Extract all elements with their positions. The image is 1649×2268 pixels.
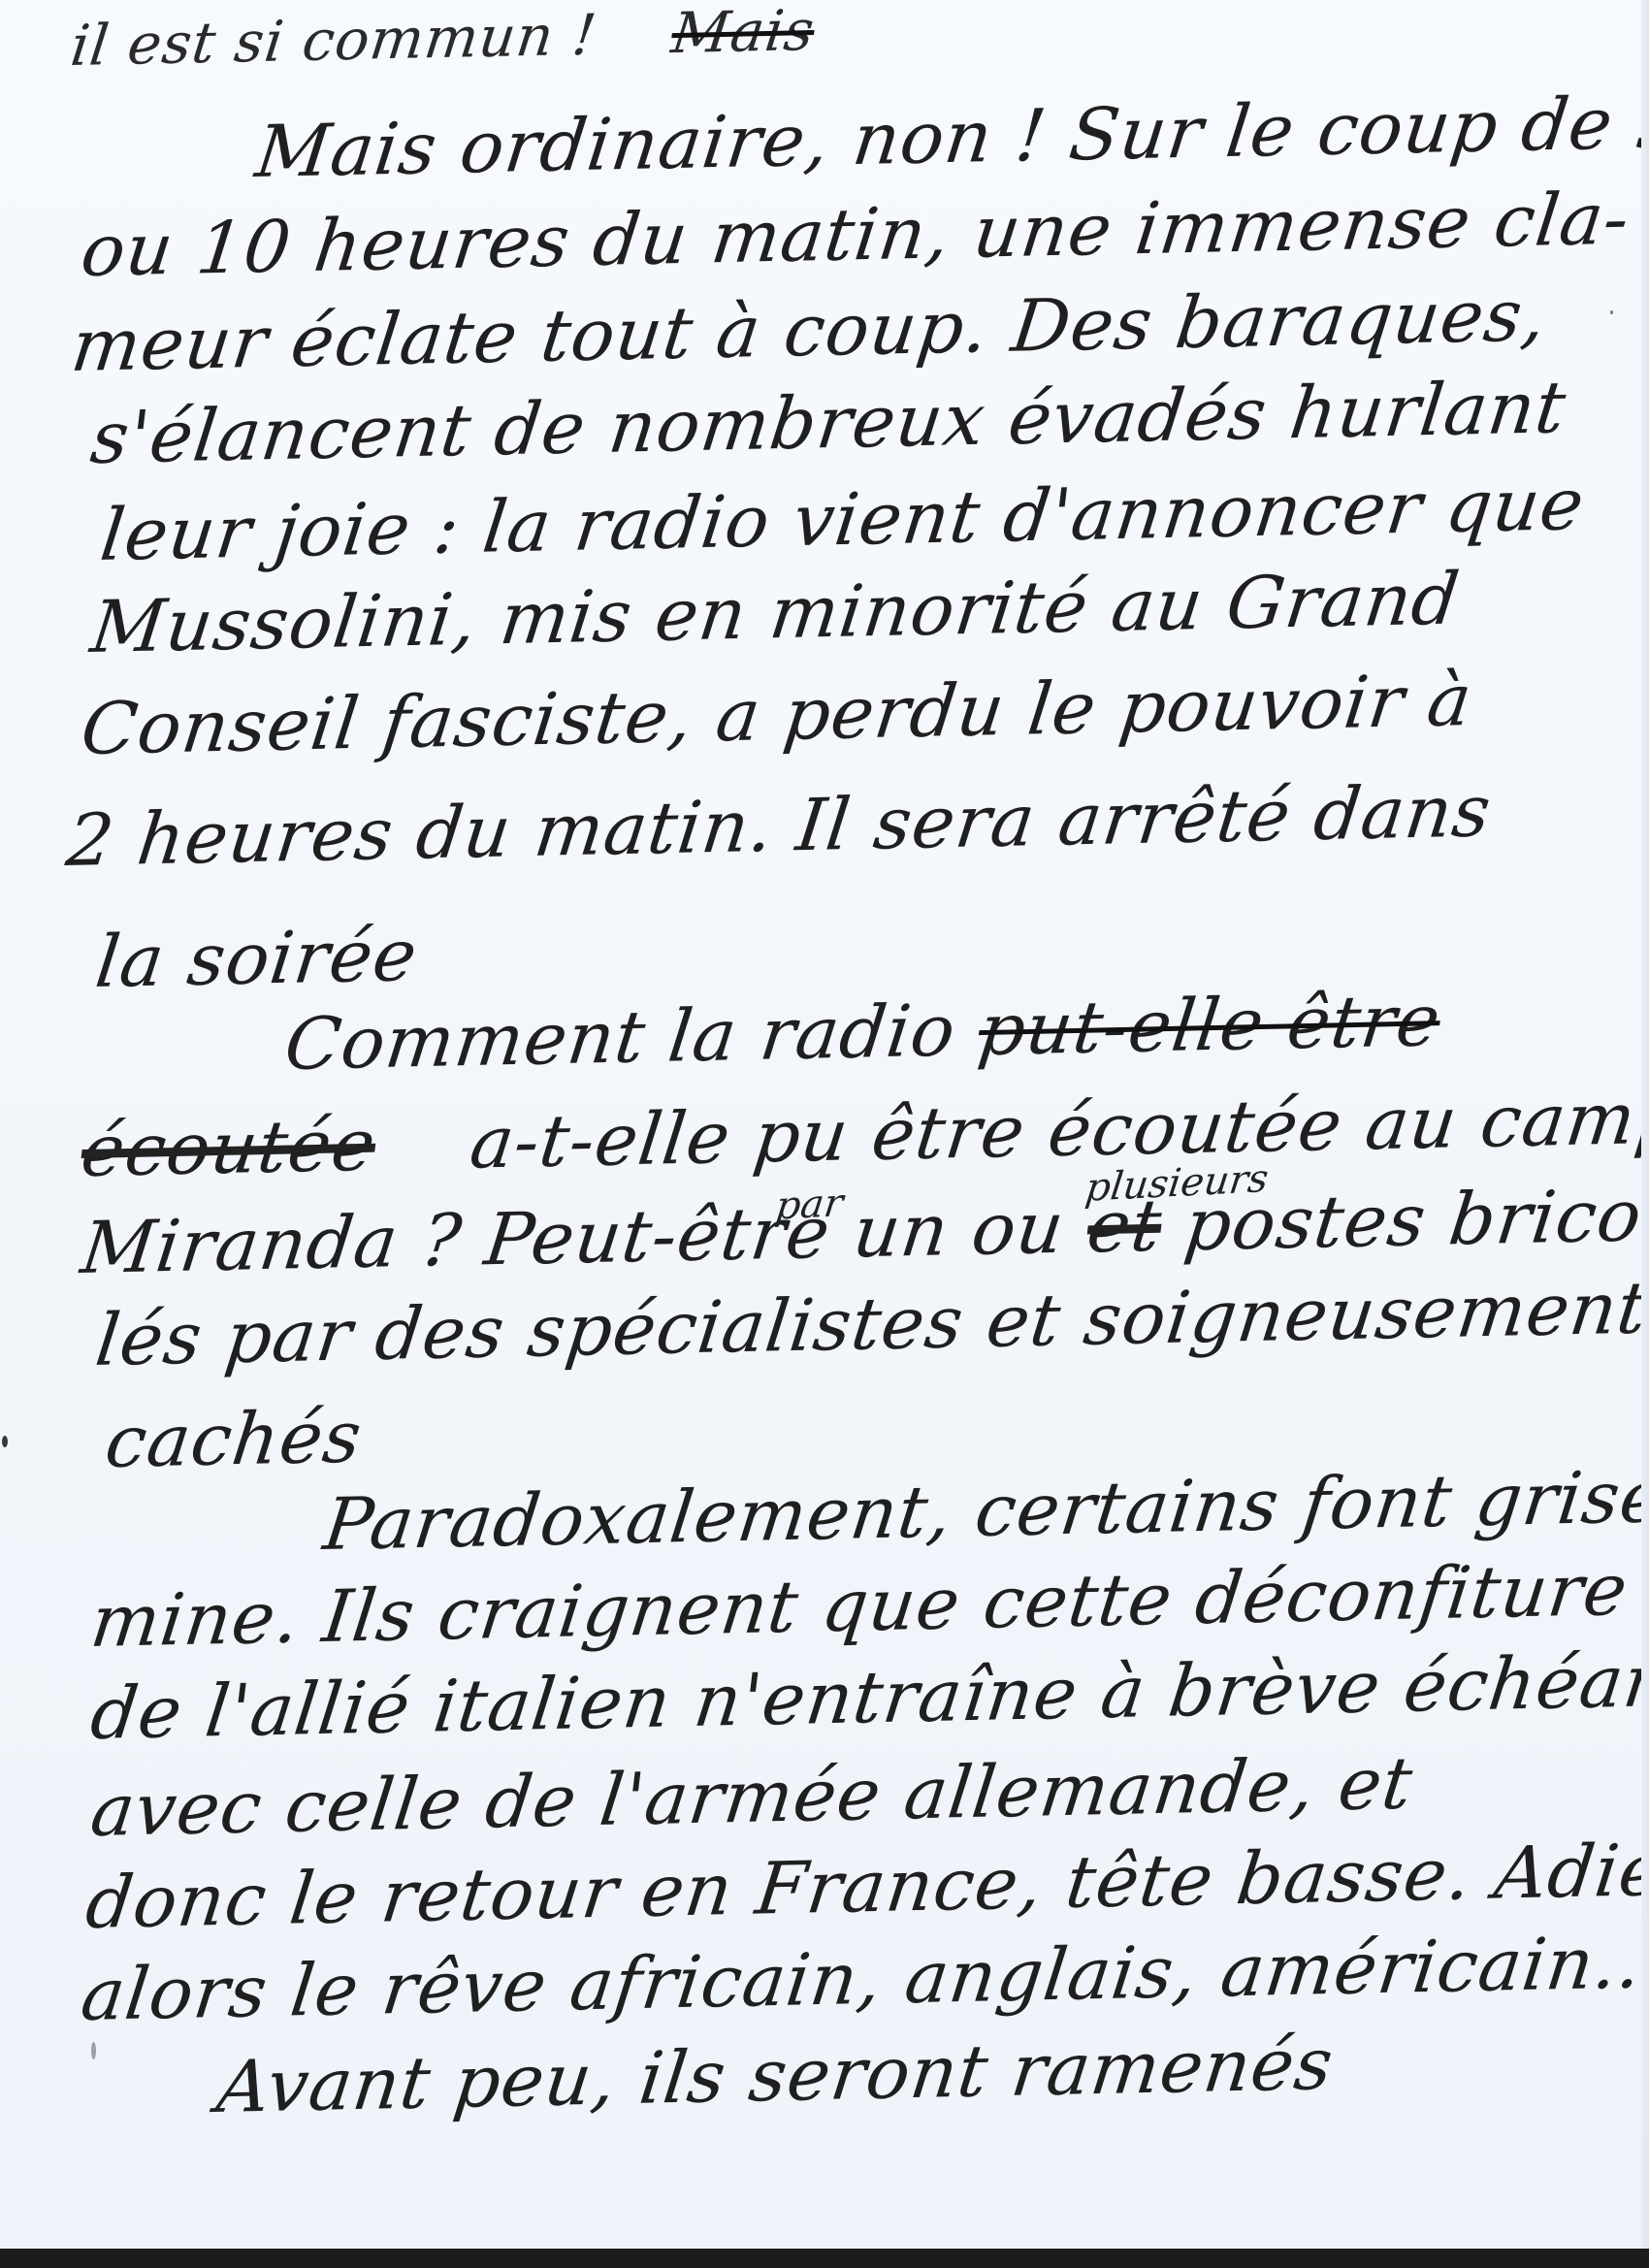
- line-text: Conseil fasciste, a perdu le pouvoir à: [77, 659, 1476, 771]
- manuscript-line: écoutée a-t-elle pu être écoutée au camp…: [78, 1080, 1649, 1187]
- manuscript-line: Paradoxalement, certains font grise: [320, 1461, 1649, 1561]
- line-text: 2 heures du matin. Il sera arrêté dans: [62, 769, 1496, 883]
- manuscript-line: ou 10 heures du matin, une immense cla-: [78, 183, 1633, 287]
- struck-phrase: put-elle être: [974, 979, 1444, 1072]
- struck-word: écoutée: [77, 1104, 380, 1193]
- manuscript-line: de l'allié italien n'entraîne à brève éc…: [87, 1643, 1649, 1750]
- line-text: cachés: [101, 1396, 366, 1484]
- line-text: a-t-elle pu être écoutée au camp de: [466, 1074, 1649, 1185]
- interlinear-insertion: par: [773, 1183, 845, 1226]
- page-edge: [1641, 0, 1649, 2249]
- line-text: Mais ordinaire, non ! Sur le coup de 9: [251, 81, 1649, 194]
- manuscript-line: il est si commun ! Mais: [68, 2, 818, 74]
- manuscript-line: cachés: [102, 1402, 366, 1478]
- line-text: Comment la radio: [280, 989, 960, 1086]
- line-text: il est si commun !: [67, 2, 600, 79]
- manuscript-line: Avant peu, ils seront ramenés: [213, 2028, 1337, 2123]
- manuscript-line: lés par des spécialistes et soigneusemen…: [92, 1273, 1649, 1377]
- manuscript-page: il est si commun ! Mais Mais ordinaire, …: [0, 0, 1649, 2249]
- line-text: ou 10 heures du matin, une immense cla-: [77, 178, 1633, 293]
- line-text: un ou: [849, 1186, 1069, 1275]
- manuscript-line: Mussolini, mis en minorité au Grand: [87, 564, 1464, 664]
- struck-word: Mais: [668, 0, 819, 66]
- scan-border: [0, 2249, 1649, 2268]
- manuscript-line: la soirée: [92, 920, 421, 998]
- manuscript-line: meur éclate tout à coup. Des baraques,: [68, 279, 1550, 382]
- manuscript-line: alors le rêve africain, anglais, américa…: [78, 1927, 1649, 2031]
- manuscript-line: Conseil fasciste, a perdu le pouvoir à: [78, 664, 1476, 765]
- line-text: Miranda ? Peut-être: [77, 1191, 835, 1290]
- manuscript-line: s'élancent de nombreux évadés hurlant: [87, 372, 1569, 474]
- scan-speck: [91, 2042, 96, 2059]
- manuscript-line: leur joie : la radio vient d'annoncer qu…: [97, 469, 1588, 571]
- manuscript-line: Miranda ? Peut-être un ou et postes bric…: [78, 1178, 1649, 1284]
- manuscript-line: avec celle de l'armée allemande, et: [87, 1748, 1417, 1847]
- manuscript-line: 2 heures du matin. Il sera arrêté dans: [63, 775, 1495, 877]
- line-text: avec celle de l'armée allemande, et: [86, 1742, 1417, 1853]
- manuscript-line: Mais ordinaire, non ! Sur le coup de 9: [252, 86, 1649, 188]
- line-text: la soirée: [91, 914, 422, 1004]
- scan-speck: [1610, 310, 1613, 314]
- scan-speck: [2, 1436, 8, 1447]
- line-text: Avant peu, ils seront ramenés: [212, 2023, 1338, 2129]
- line-text: Paradoxalement, certains font grise: [319, 1455, 1649, 1567]
- line-text: Mussolini, mis en minorité au Grand: [86, 558, 1464, 669]
- line-text: s'élancent de nombreux évadés hurlant: [86, 366, 1570, 480]
- manuscript-line: Comment la radio put-elle être: [281, 985, 1444, 1081]
- interlinear-insertion: plusieurs: [1083, 1159, 1271, 1208]
- manuscript-line: mine. Ils craignent que cette déconfitur…: [87, 1554, 1632, 1658]
- manuscript-line: donc le retour en France, tête basse. Ad…: [82, 1833, 1649, 1939]
